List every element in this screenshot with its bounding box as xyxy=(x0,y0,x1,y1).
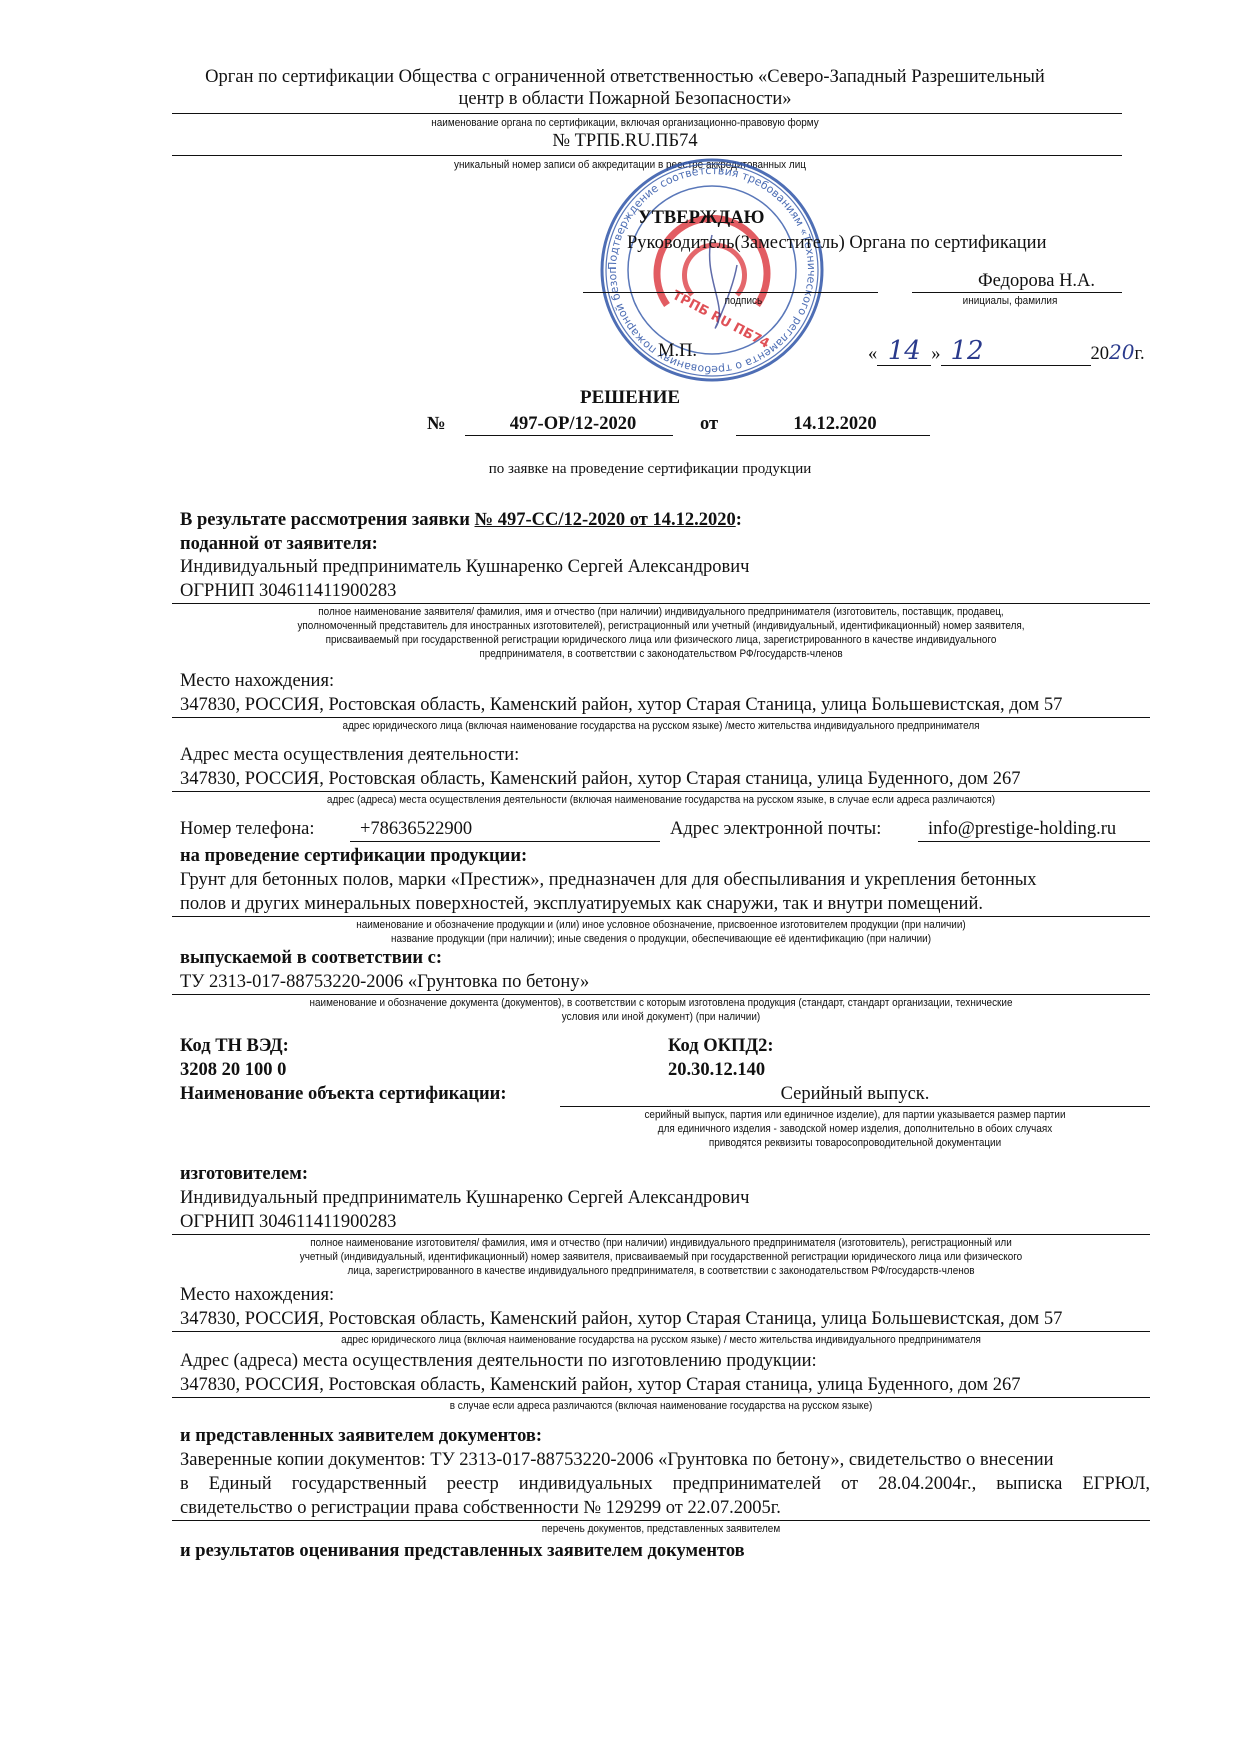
divider xyxy=(465,435,673,436)
application-reference: № 497-СС/12-2020 от 14.12.2020 xyxy=(474,510,735,530)
signature-line xyxy=(583,292,878,293)
standard-label: выпускаемой в соответствии с: xyxy=(180,947,442,969)
product-line2: полов и других минеральных поверхностей,… xyxy=(180,893,983,915)
application-intro: В результате рассмотрения заявки № 497-С… xyxy=(180,509,742,531)
divider xyxy=(172,717,1150,718)
object-label: Наименование объекта сертификации: xyxy=(180,1083,507,1105)
applicant-label: поданной от заявителя: xyxy=(180,533,378,555)
divider xyxy=(172,916,1150,917)
divider xyxy=(736,435,930,436)
name-line xyxy=(912,292,1122,293)
results-label: и результатов оценивания представленных … xyxy=(180,1540,745,1562)
phone-label: Номер телефона: xyxy=(180,818,315,840)
divider xyxy=(560,1106,1150,1107)
email-label: Адрес электронной почты: xyxy=(670,818,881,840)
okpd-label: Код ОКПД2: xyxy=(668,1035,774,1057)
documents-caption: перечень документов, представленных заяв… xyxy=(231,1522,1092,1536)
manufacturer-caption: полное наименование изготовителя/ фамили… xyxy=(172,1236,1150,1278)
okpd-value: 20.30.12.140 xyxy=(668,1059,765,1081)
location-caption: адрес юридического лица (включая наимено… xyxy=(231,719,1092,733)
applicant-name: Индивидуальный предприниматель Кушнаренк… xyxy=(180,556,750,578)
manufacturer-location-value: 347830, РОССИЯ, Ростовская область, Каме… xyxy=(180,1308,1062,1330)
decision-title: РЕШЕНИЕ xyxy=(560,387,700,409)
manufacturer-ogrnip: ОГРНИП 304611411900283 xyxy=(180,1211,396,1233)
divider xyxy=(172,113,1122,114)
production-address-caption: в случае если адреса различаются (включа… xyxy=(231,1399,1092,1413)
activity-label: Адрес места осуществления деятельности: xyxy=(180,744,519,766)
date-year: 20 xyxy=(1109,340,1134,364)
certification-stamp: Подтверждение соответствия требованиям «… xyxy=(597,155,827,385)
approver-name: Федорова Н.А. xyxy=(978,270,1095,292)
production-address-value: 347830, РОССИЯ, Ростовская область, Каме… xyxy=(180,1374,1020,1396)
documents-line3: свидетельство о регистрации права собств… xyxy=(180,1497,781,1519)
divider xyxy=(172,1234,1150,1235)
location-label: Место нахождения: xyxy=(180,670,334,692)
approval-title: УТВЕРЖДАЮ xyxy=(638,207,764,229)
divider xyxy=(350,841,660,842)
signature-caption: подпись xyxy=(725,294,763,308)
divider xyxy=(172,603,1150,604)
divider xyxy=(172,1397,1150,1398)
date-day: 14 xyxy=(888,336,921,366)
manufacturer-location-caption: адрес юридического лица (включая наимено… xyxy=(231,1333,1092,1347)
certification-body-caption: наименование органа по сертификации, вкл… xyxy=(365,116,884,130)
standard-caption: наименование и обозначение документа (до… xyxy=(172,996,1150,1024)
decision-number-label: № xyxy=(427,413,446,435)
email-value: info@prestige-holding.ru xyxy=(928,818,1116,840)
name-caption: инициалы, фамилия xyxy=(940,294,1081,308)
location-value: 347830, РОССИЯ, Ростовская область, Каме… xyxy=(180,694,1062,716)
documents-line2: в Единый государственный реестр индивиду… xyxy=(180,1473,1150,1495)
manufacturer-location-label: Место нахождения: xyxy=(180,1284,334,1306)
certification-body-name-line2: центр в области Пожарной Безопасности» xyxy=(150,88,1100,110)
product-line1: Грунт для бетонных полов, марки «Престиж… xyxy=(180,869,1170,891)
decision-date: 14.12.2020 xyxy=(735,413,935,435)
standard-value: ТУ 2313-017-88753220-2006 «Грунтовка по … xyxy=(180,971,589,993)
object-caption: серийный выпуск, партия или единичное из… xyxy=(560,1108,1150,1150)
manufacturer-name: Индивидуальный предприниматель Кушнаренк… xyxy=(180,1187,750,1209)
documents-line1: Заверенные копии документов: ТУ 2313-017… xyxy=(180,1449,1165,1471)
seal-label: М.П. xyxy=(658,340,697,362)
tnved-value: 3208 20 100 0 xyxy=(180,1059,286,1081)
decision-number: 497-ОР/12-2020 xyxy=(463,413,683,435)
date-month: 12 xyxy=(951,336,984,366)
certification-body-name: Орган по сертификации Общества с огранич… xyxy=(150,66,1100,110)
phone-value: +78636522900 xyxy=(360,818,472,840)
documents-label: и представленных заявителем документов: xyxy=(180,1425,542,1447)
divider xyxy=(172,791,1150,792)
accreditation-number: № ТРПБ.RU.ПБ74 xyxy=(500,130,750,152)
manufacturer-label: изготовителем: xyxy=(180,1163,308,1185)
approval-date: «14»122020г. xyxy=(868,340,1148,370)
decision-subtitle: по заявке на проведение сертификации про… xyxy=(420,461,880,478)
decision-date-label: от xyxy=(700,413,718,435)
applicant-caption: полное наименование заявителя/ фамилия, … xyxy=(172,605,1150,661)
applicant-ogrnip: ОГРНИП 304611411900283 xyxy=(180,580,396,602)
activity-caption: адрес (адреса) места осуществления деяте… xyxy=(231,793,1092,807)
approval-position: Руководитель(Заместитель) Органа по серт… xyxy=(627,232,1046,254)
activity-value: 347830, РОССИЯ, Ростовская область, Каме… xyxy=(180,768,1020,790)
divider xyxy=(918,841,1150,842)
object-value: Серийный выпуск. xyxy=(560,1083,1150,1105)
production-address-label: Адрес (адреса) места осуществления деяте… xyxy=(180,1350,817,1372)
certification-body-name-line1: Орган по сертификации Общества с огранич… xyxy=(150,66,1100,88)
tnved-label: Код ТН ВЭД: xyxy=(180,1035,289,1057)
divider xyxy=(172,1520,1150,1521)
product-label: на проведение сертификации продукции: xyxy=(180,845,527,867)
product-caption: наименование и обозначение продукции и (… xyxy=(172,918,1150,946)
divider xyxy=(172,994,1150,995)
divider xyxy=(172,1331,1150,1332)
